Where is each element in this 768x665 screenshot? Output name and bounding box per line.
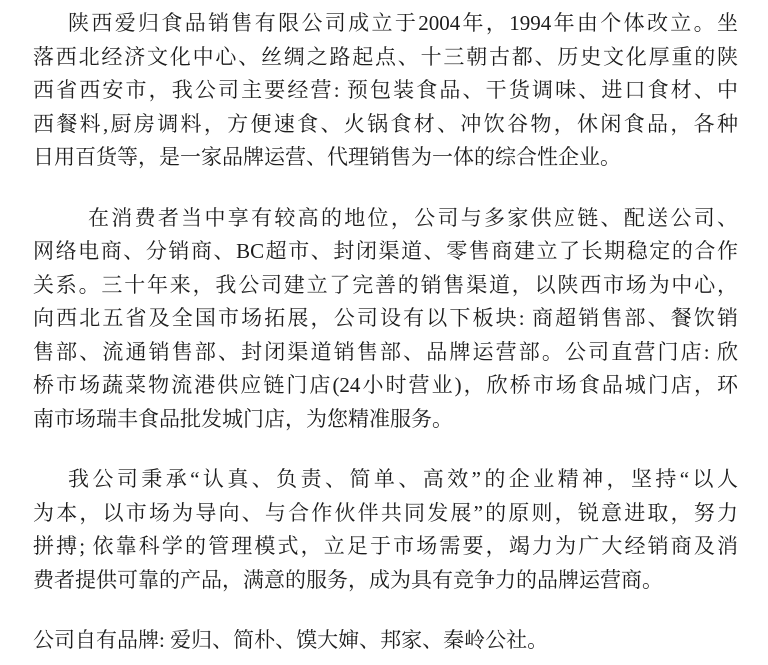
text-line: 我公司秉承“认真、负责、简单、高效”的企业精神，坚持“以人: [33, 463, 738, 497]
text-line: 西省西安市，我公司主要经营: 预包装食品、干货调味、进口食材、中: [33, 74, 738, 108]
paragraph-company-spirit: 我公司秉承“认真、负责、简单、高效”的企业精神，坚持“以人 为本，以市场为导向、…: [33, 463, 738, 597]
paragraph-own-brands: 公司自有品牌: 爱归、简朴、馍大婶、邦家、秦岭公社。: [33, 624, 738, 658]
paragraph-company-intro: 陕西爱归食品销售有限公司成立于2004年，1994年由个体改立。坐 落西北经济文…: [33, 7, 738, 175]
text-line: 陕西爱归食品销售有限公司成立于2004年，1994年由个体改立。坐: [33, 7, 738, 41]
text-line: 向西北五省及全国市场拓展，公司设有以下板块: 商超销售部、餐饮销: [33, 302, 738, 336]
text-line: 网络电商、分销商、BC超市、封闭渠道、零售商建立了长期稳定的合作: [33, 235, 738, 269]
text-line: 桥市场蔬菜物流港供应链门店(24小时营业)，欣桥市场食品城门店，环: [33, 369, 738, 403]
text-line: 落西北经济文化中心、丝绸之路起点、十三朝古都、历史文化厚重的陕: [33, 41, 738, 75]
text-line: 费者提供可靠的产品，满意的服务，成为具有竞争力的品牌运营商。: [33, 564, 738, 598]
text-line: 在消费者当中享有较高的地位，公司与多家供应链、配送公司、: [33, 202, 738, 236]
text-line: 拼搏; 依靠科学的管理模式，立足于市场需要，竭力为广大经销商及消: [33, 530, 738, 564]
text-line: 售部、流通销售部、封闭渠道销售部、品牌运营部。公司直营门店: 欣: [33, 336, 738, 370]
text-line: 公司自有品牌: 爱归、简朴、馍大婶、邦家、秦岭公社。: [33, 624, 738, 658]
text-line: 日用百货等，是一家品牌运营、代理销售为一体的综合性企业。: [33, 141, 738, 175]
document-page: 陕西爱归食品销售有限公司成立于2004年，1994年由个体改立。坐 落西北经济文…: [0, 0, 768, 665]
text-line: 西餐料,厨房调料，方便速食、火锅食材、冲饮谷物，休闲食品，各种: [33, 108, 738, 142]
paragraph-market-position: 在消费者当中享有较高的地位，公司与多家供应链、配送公司、 网络电商、分销商、BC…: [33, 202, 738, 437]
text-line: 南市场瑞丰食品批发城门店，为您精准服务。: [33, 403, 738, 437]
text-line: 为本，以市场为导向、与合作伙伴共同发展”的原则，锐意进取，努力: [33, 497, 738, 531]
text-line: 关系。三十年来，我公司建立了完善的销售渠道，以陕西市场为中心，: [33, 269, 738, 303]
